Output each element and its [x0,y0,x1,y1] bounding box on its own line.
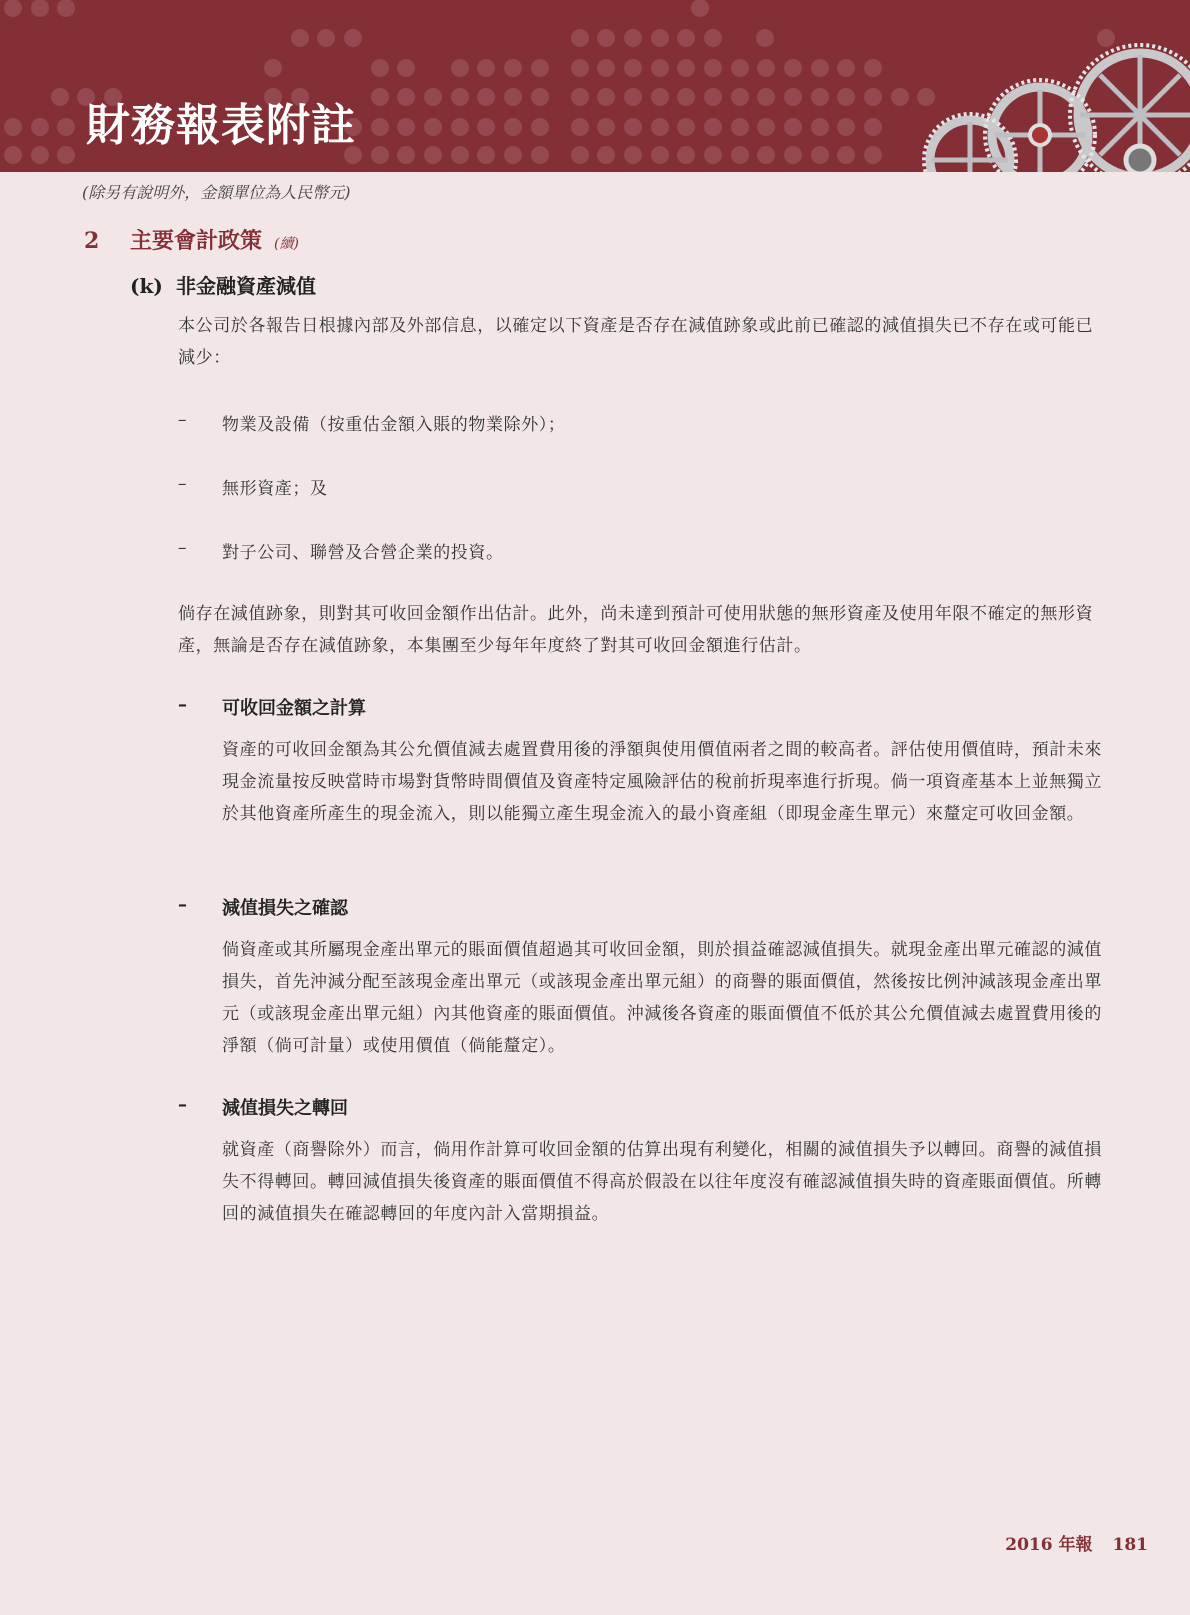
subsection-heading: (k) 非金融資產減值 [130,270,316,299]
header-banner: 財務報表附註 [0,0,1190,172]
subsection-letter: (k) [130,274,176,298]
section-heading: 2 主要會計政策 (續) [84,224,299,255]
topic-title: 減值損失之轉回 [222,1094,348,1120]
dash-icon: – [178,538,222,563]
section-title: 主要會計政策 [130,224,262,255]
dash-icon: – [178,1094,222,1120]
list-item-text: 物業及設備（按重估金額入賬的物業除外）； [222,410,566,435]
list-item-text: 無形資產；及 [222,474,328,499]
list-item: – 對子公司、聯營及合營企業的投資。 [178,538,1108,563]
page-footer: 2016 年報181 [1005,1530,1148,1555]
dash-icon: – [178,410,222,435]
topic-title: 減值損失之確認 [222,894,348,920]
section-number: 2 [84,228,130,254]
topic-title: 可收回金額之計算 [222,694,366,720]
dash-icon: – [178,894,222,920]
currency-note: (除另有說明外，金額單位為人民幣元) [82,180,351,203]
topic-body: 就資產（商譽除外）而言，倘用作計算可收回金額的估算出現有利變化，相關的減值損失予… [222,1134,1108,1230]
subsection-title: 非金融資產減值 [176,270,316,299]
topic-heading: – 減值損失之轉回 [178,1094,348,1120]
topic-body: 資產的可收回金額為其公允價值減去處置費用後的淨額與使用價值兩者之間的較高者。評估… [222,734,1108,830]
estimate-paragraph: 倘存在減值跡象，則對其可收回金額作出估計。此外，尚未達到預計可使用狀態的無形資產… [178,598,1108,662]
topic-heading: – 可收回金額之計算 [178,694,366,720]
list-item: – 無形資產；及 [178,474,1108,499]
gears-illustration-icon [910,40,1190,172]
topic-heading: – 減值損失之確認 [178,894,348,920]
dash-icon: – [178,474,222,499]
topic-body: 倘資產或其所屬現金產出單元的賬面價值超過其可收回金額，則於損益確認減值損失。就現… [222,934,1108,1062]
list-item-text: 對子公司、聯營及合營企業的投資。 [222,538,504,563]
continued-label: (續) [274,233,299,253]
page-number: 181 [1113,1535,1149,1555]
page-title: 財務報表附註 [86,104,356,148]
dash-icon: – [178,694,222,720]
annual-report-label: 2016 年報 [1005,1535,1092,1555]
intro-paragraph: 本公司於各報告日根據內部及外部信息，以確定以下資產是否存在減值跡象或此前已確認的… [178,310,1108,374]
list-item: – 物業及設備（按重估金額入賬的物業除外）； [178,410,1108,435]
